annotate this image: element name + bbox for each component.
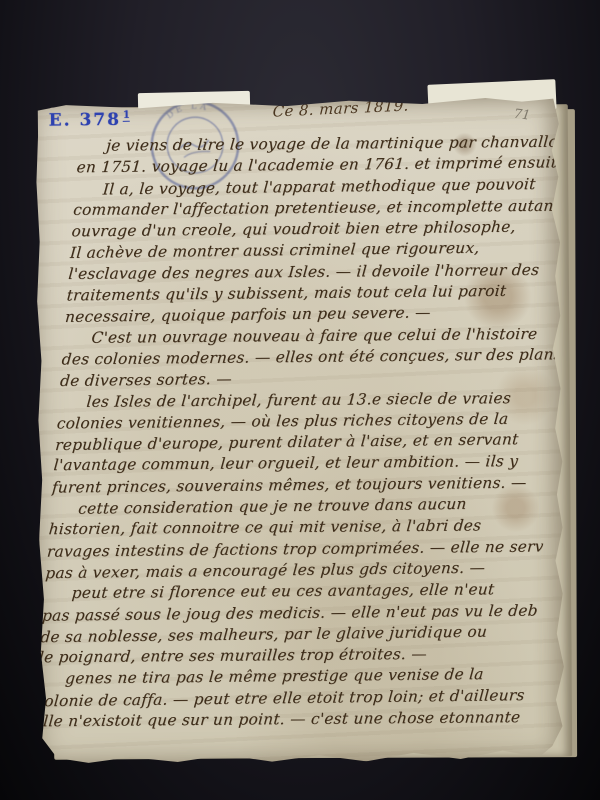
- manuscript-page: E. 3781 DE LA Ce 8. mars 1819. 71 je vie…: [35, 97, 566, 764]
- manuscript-text: je viens de lire le voyage de la martini…: [33, 131, 575, 733]
- photo-background: E. 3781 DE LA Ce 8. mars 1819. 71 je vie…: [0, 0, 600, 800]
- manuscript-line: les Isles de l'archipel, furent au 13.e …: [58, 387, 556, 413]
- accession-code: E. 378: [49, 110, 121, 131]
- manuscript-line: je viens de lire le voyage de la martini…: [77, 132, 575, 158]
- date-line: Ce 8. mars 1819.: [272, 96, 409, 120]
- accession-stamp: E. 3781: [49, 110, 130, 131]
- manuscript-line: l'esclavage des negres aux Isles. — il d…: [68, 259, 566, 285]
- manuscript-line: commander l'affectation pretentieuse, et…: [72, 195, 570, 221]
- accession-superscript: 1: [123, 110, 130, 122]
- manuscript-line: le poignard, entre ses murailles trop ét…: [38, 643, 536, 669]
- manuscript-line: C'est un ouvrage nouveau à faire que cel…: [63, 323, 561, 349]
- pencil-page-number: 71: [513, 107, 531, 124]
- manuscript-line: elle n'existoit que sur un point. — c'es…: [33, 707, 531, 733]
